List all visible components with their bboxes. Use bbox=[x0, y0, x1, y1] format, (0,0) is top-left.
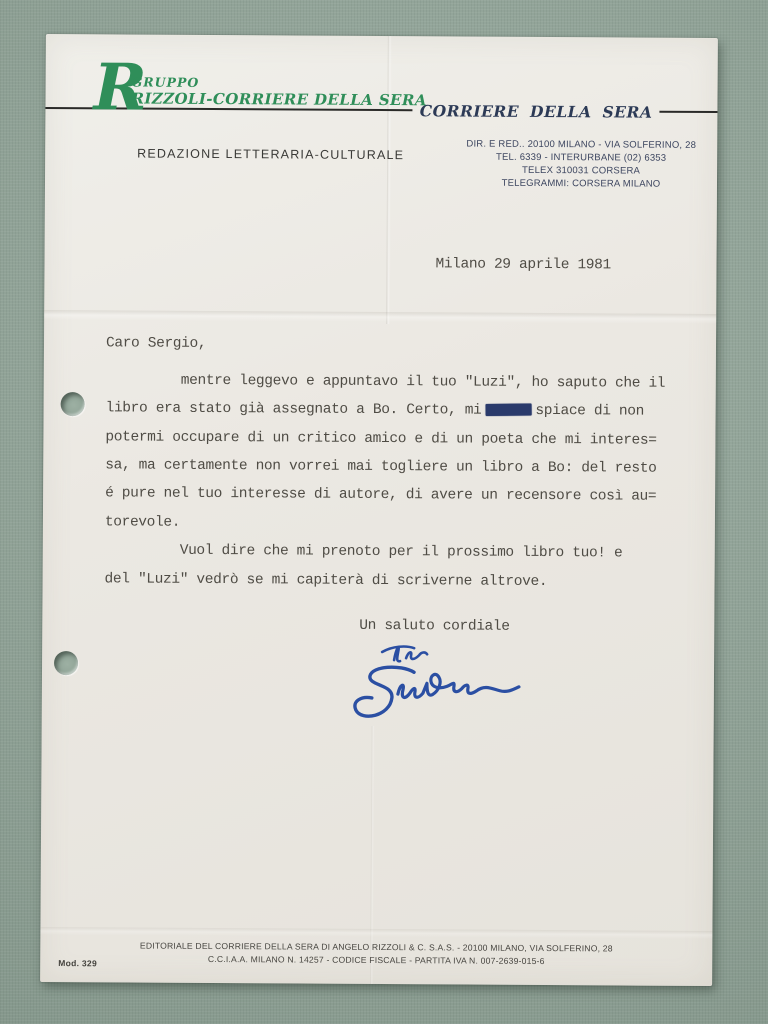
address-block: DIR. E RED.. 20100 MILANO - VIA SOLFERIN… bbox=[433, 137, 729, 191]
body-line: torevole. bbox=[105, 514, 180, 530]
group-name: RIZZOLI-CORRIERE DELLA SERA bbox=[131, 89, 426, 109]
rule-right-segment bbox=[659, 111, 717, 113]
letter-paper: R GRUPPO RIZZOLI-CORRIERE DELLA SERA COR… bbox=[40, 34, 718, 986]
body-line: sa, ma certamente non vorrei mai toglier… bbox=[105, 457, 656, 476]
signature bbox=[341, 636, 572, 767]
body-line: mentre leggevo e appuntavo il tuo "Luzi"… bbox=[181, 373, 665, 392]
address-line: DIR. E RED.. 20100 MILANO - VIA SOLFERIN… bbox=[433, 137, 729, 152]
salutation: Caro Sergio, bbox=[106, 335, 206, 352]
vertical-fold-crease bbox=[386, 36, 392, 324]
group-label: GRUPPO bbox=[132, 74, 200, 89]
horizontal-fold-crease-bottom bbox=[40, 927, 712, 939]
body-line-text: libro era stato già assegnato a Bo. Cert… bbox=[106, 400, 482, 418]
address-line: TELEGRAMMI: CORSERA MILANO bbox=[433, 176, 729, 191]
body-line: del "Luzi" vedrò se mi capiterà di scriv… bbox=[105, 571, 548, 590]
body-line: é pure nel tuo interesse di autore, di a… bbox=[105, 485, 656, 504]
form-model-number: Mod. 329 bbox=[58, 958, 97, 968]
redacted-word bbox=[485, 404, 531, 417]
scanned-letter-photo: { "theme": { "background_color": "#95a89… bbox=[0, 0, 768, 1024]
hole-punch bbox=[61, 392, 85, 416]
closing-line: Un saluto cordiale bbox=[359, 618, 509, 635]
footer-legal: EDITORIALE DEL CORRIERE DELLA SERA DI AN… bbox=[40, 939, 712, 969]
department-label: REDAZIONE LETTERARIA-CULTURALE bbox=[137, 147, 404, 163]
masthead-title: CORRIERE DELLA SERA bbox=[413, 101, 660, 122]
body-line-text: spiace di non bbox=[535, 403, 644, 420]
signature-ink-icon bbox=[341, 636, 572, 767]
body-line: Vuol dire che mi prenoto per il prossimo… bbox=[180, 543, 623, 562]
body-line: potermi occupare di un critico amico e d… bbox=[105, 429, 656, 448]
dateline: Milano 29 aprile 1981 bbox=[435, 256, 610, 273]
body-line: libro era stato già assegnato a Bo. Cert… bbox=[106, 400, 644, 419]
horizontal-fold-crease bbox=[44, 310, 716, 324]
hole-punch bbox=[54, 651, 78, 675]
